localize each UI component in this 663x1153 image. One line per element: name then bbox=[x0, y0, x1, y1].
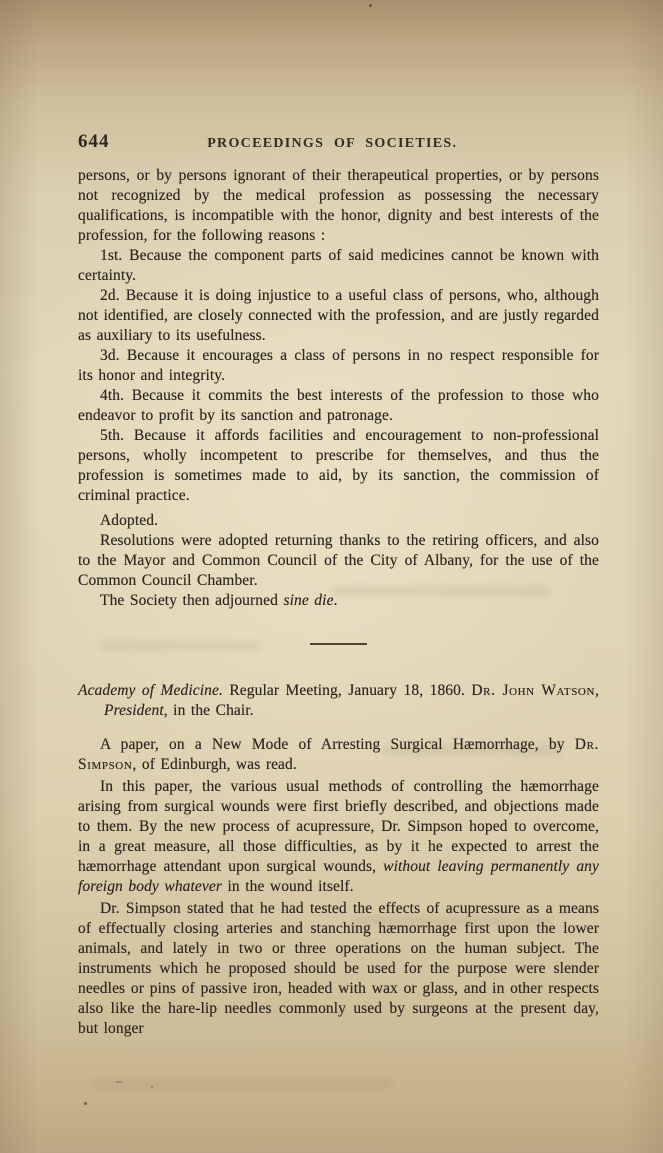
section-divider bbox=[310, 643, 367, 645]
ink-speck bbox=[84, 1102, 87, 1105]
text-run: Resolutions were adopted returning thank… bbox=[78, 532, 599, 589]
text-run: Academy of Medicine. bbox=[78, 682, 223, 699]
text-run: 1st. Because the component parts of said… bbox=[78, 247, 599, 284]
text-run: . bbox=[334, 592, 338, 609]
meeting-heading: Academy of Medicine. Regular Meeting, Ja… bbox=[78, 681, 599, 721]
ink-speck bbox=[369, 4, 372, 7]
text-run: sine die bbox=[283, 592, 333, 609]
text-run: in the wound itself. bbox=[222, 878, 354, 895]
ink-speck bbox=[151, 1086, 153, 1088]
text-run: 4th. Because it commits the best interes… bbox=[78, 387, 599, 424]
ink-speck bbox=[116, 1081, 122, 1083]
text-run: Regular Meeting, January 18, 1860. bbox=[223, 682, 471, 699]
page-body: persons, or by persons ignorant of their… bbox=[78, 166, 599, 1039]
show-through-smudge bbox=[92, 1080, 392, 1088]
text-run: A paper, on a New Mode of Arresting Surg… bbox=[100, 736, 575, 753]
text-run: , bbox=[595, 682, 599, 699]
resolution-1st: 1st. Because the component parts of said… bbox=[78, 246, 599, 286]
adopted-line: Adopted. bbox=[78, 511, 599, 531]
text-run: Dr. Simpson stated that he had tested th… bbox=[78, 900, 599, 1037]
resolution-2d: 2d. Because it is doing injustice to a u… bbox=[78, 286, 599, 346]
paper-summary-paragraph: In this paper, the various usual methods… bbox=[78, 777, 599, 897]
simpson-testing-paragraph: Dr. Simpson stated that he had tested th… bbox=[78, 899, 599, 1039]
paper-announcement-paragraph: A paper, on a New Mode of Arresting Surg… bbox=[78, 735, 599, 775]
page-header: 644 PROCEEDINGS OF SOCIETIES. bbox=[78, 131, 599, 153]
resolutions-thanks-paragraph: Resolutions were adopted returning thank… bbox=[78, 531, 599, 591]
text-run: 2d. Because it is doing injustice to a u… bbox=[78, 287, 599, 344]
text-run: Adopted. bbox=[100, 512, 158, 529]
text-run: persons, or by persons ignorant of their… bbox=[78, 167, 599, 244]
continuation-paragraph: persons, or by persons ignorant of their… bbox=[78, 166, 599, 246]
text-run: 5th. Because it affords facilities and e… bbox=[78, 427, 599, 504]
text-run: , of Edinburgh, was read. bbox=[132, 756, 296, 773]
resolution-3d: 3d. Because it encourages a class of per… bbox=[78, 346, 599, 386]
text-run: The Society then adjourned bbox=[100, 592, 283, 609]
text-run: President bbox=[104, 702, 164, 719]
resolution-5th: 5th. Because it affords facilities and e… bbox=[78, 426, 599, 506]
scanned-journal-page: 644 PROCEEDINGS OF SOCIETIES. persons, o… bbox=[0, 0, 663, 1153]
text-run: Dr. John Watson bbox=[471, 682, 595, 699]
text-run: 3d. Because it encourages a class of per… bbox=[78, 347, 599, 384]
page-number: 644 bbox=[78, 131, 110, 153]
running-title: PROCEEDINGS OF SOCIETIES. bbox=[110, 136, 556, 152]
text-run: , in the Chair. bbox=[164, 702, 254, 719]
resolution-4th: 4th. Because it commits the best interes… bbox=[78, 386, 599, 426]
text-block: 644 PROCEEDINGS OF SOCIETIES. persons, o… bbox=[78, 131, 599, 1039]
adjourned-line: The Society then adjourned sine die. bbox=[78, 591, 599, 611]
